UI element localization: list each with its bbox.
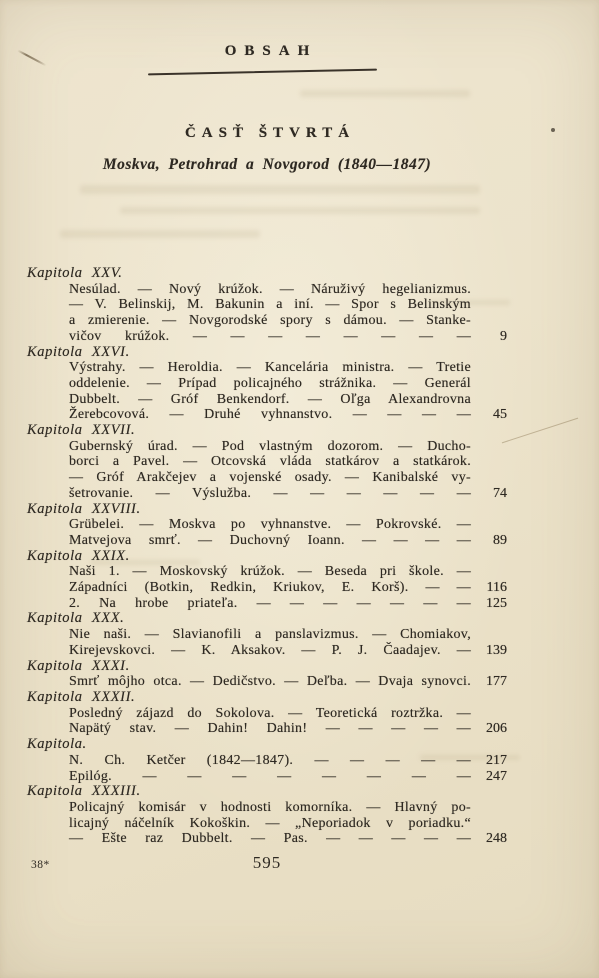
part-title: ČASŤ ŠTVRTÁ [27,125,507,142]
toc-entry-line: — Ešte raz Dubbelt. — Pas. — — — — — 248 [27,831,507,847]
toc-entry-line: Napätý stav. — Dahin! Dahin! — — — — — 2… [27,721,507,737]
toc-entry-line: Grübelei. — Moskva po vyhnanstve. — Pokr… [27,517,507,533]
toc-entry-line: borci a Pavel. — Otcovská vláda statkáro… [27,454,507,470]
toc-chapter: Kapitola XXXI. Smrť môjho otca. — Dedičs… [27,659,507,690]
entry-text: Západníci (Botkin, Redkin, Kriukov, E. K… [69,580,471,596]
bleedthrough-smudge [80,185,480,194]
chapter-title: Kapitola XXV. [27,266,507,282]
toc-entry-line: Nesúlad. — Nový krúžok. — Náruživý hegel… [27,282,507,298]
entry-page-number [477,800,507,816]
toc-entry-line: Posledný zájazd do Sokolova. — Teoretick… [27,706,507,722]
entry-page-number: 9 [477,329,507,345]
entry-text: Kirejevskovci. — K. Aksakov. — P. J. Čaa… [69,643,471,659]
chapter-title: Kapitola XXIX. [27,549,507,565]
toc-entry-line: Gubernský úrad. — Pod vlastným dozorom. … [27,439,507,455]
bleedthrough-smudge [120,207,480,214]
toc-entry-line: šetrovanie. — Výslužba. — — — — — — 74 [27,486,507,502]
entry-text: a zmierenie. — Novgorodské spory s dámou… [69,313,471,329]
toc-entry-line: oddelenie. — Prípad policajného strážnik… [27,376,507,392]
chapter-title: Kapitola XXVI. [27,345,507,361]
entry-page-number: 217 [477,753,507,769]
toc-chapter: Kapitola XXVI. Výstrahy. — Heroldia. — K… [27,345,507,424]
entry-text: Gubernský úrad. — Pod vlastným dozorom. … [69,439,471,455]
chapter-title: Kapitola XXXIII. [27,784,507,800]
entry-page-number: 74 [477,486,507,502]
entry-page-number [477,376,507,392]
toc-entry-line: Naši 1. — Moskovský krúžok. — Beseda pri… [27,564,507,580]
toc-chapter: Kapitola XXXIII. Policajný komisár v hod… [27,784,507,847]
entry-page-number: 206 [477,721,507,737]
entry-page-number [477,564,507,580]
entry-page-number: 89 [477,533,507,549]
entry-page-number [477,706,507,722]
toc-entry-line: vičov krúžok. — — — — — — — — 9 [27,329,507,345]
entry-text: Dubbelt. — Gróf Benkendorf. — Oľga Alexa… [69,392,471,408]
book-page: OBSAH ČASŤ ŠTVRTÁ Moskva, Petrohrad a No… [0,0,599,978]
entry-page-number [477,816,507,832]
toc-entry-line: a zmierenie. — Novgorodské spory s dámou… [27,313,507,329]
part-subtitle: Moskva, Petrohrad a Novgorod (1840—1847) [27,156,507,174]
entry-text: Policajný komisár v hodnosti komorníka. … [69,800,471,816]
scratch-mark [502,418,578,444]
toc-entry-line: — V. Belinskij, M. Bakunin a iní. — Spor… [27,297,507,313]
entry-page-number [477,439,507,455]
entry-page-number: 247 [477,769,507,785]
entry-text: vičov krúžok. — — — — — — — — [69,329,471,345]
chapter-title: Kapitola XXVIII. [27,502,507,518]
entry-text: 2. Na hrobe priateľa. — — — — — — — [69,596,471,612]
entry-text: Žerebcovová. — Druhé vyhnanstvo. — — — — [69,407,471,423]
toc-chapter: Kapitola XXX. Nie naši. — Slavianofili a… [27,611,507,658]
toc-entry-line: N. Ch. Ketčer (1842—1847). — — — — — 217 [27,753,507,769]
header-rule [148,69,377,76]
chapter-title: Kapitola XXX. [27,611,507,627]
entry-page-number [477,454,507,470]
chapter-title: Kapitola XXVII. [27,423,507,439]
entry-text: — Ešte raz Dubbelt. — Pas. — — — — — [69,831,471,847]
toc-entry-line: Západníci (Botkin, Redkin, Kriukov, E. K… [27,580,507,596]
toc-entry-line: licajný náčelník Kokoškin. — „Neporiadok… [27,816,507,832]
page-number: 595 [27,853,507,873]
entry-text: šetrovanie. — Výslužba. — — — — — — [69,486,471,502]
toc-entry-line: Policajný komisár v hodnosti komorníka. … [27,800,507,816]
toc-chapter: Kapitola XXVIII. Grübelei. — Moskva po v… [27,502,507,549]
toc-entry-line: Smrť môjho otca. — Dedičstvo. — Deľba. —… [27,674,507,690]
entry-page-number: 45 [477,407,507,423]
toc-entry-line: Nie naši. — Slavianofili a panslavizmus.… [27,627,507,643]
entry-page-number [477,282,507,298]
entry-text: Grübelei. — Moskva po vyhnanstve. — Pokr… [69,517,471,533]
entry-page-number: 248 [477,831,507,847]
entry-page-number: 177 [477,674,507,690]
toc-chapter: Kapitola XXIX. Naši 1. — Moskovský krúžo… [27,549,507,612]
toc-chapter: Kapitola XXV. Nesúlad. — Nový krúžok. — … [27,266,507,345]
entry-text: Nie naši. — Slavianofili a panslavizmus.… [69,627,471,643]
toc-entry-line: Matvejova smrť. — Duchovný Ioann. — — — … [27,533,507,549]
entry-page-number [477,297,507,313]
entry-text: oddelenie. — Prípad policajného strážnik… [69,376,471,392]
toc-entry-line: — Gróf Arakčejev a vojenské osady. — Kan… [27,470,507,486]
chapter-title: Kapitola XXXII. [27,690,507,706]
entry-text: Smrť môjho otca. — Dedičstvo. — Deľba. —… [69,674,471,690]
table-of-contents: Kapitola XXV. Nesúlad. — Nový krúžok. — … [27,266,507,847]
toc-entry-line: Epilóg. — — — — — — — — 247 [27,769,507,785]
entry-text: borci a Pavel. — Otcovská vláda statkáro… [69,454,471,470]
entry-page-number [477,470,507,486]
bleedthrough-smudge [60,230,260,238]
chapter-title: Kapitola XXXI. [27,659,507,675]
chapter-title: Kapitola. [27,737,507,753]
entry-text: Napätý stav. — Dahin! Dahin! — — — — — [69,721,471,737]
toc-chapter: Kapitola XXVII. Gubernský úrad. — Pod vl… [27,423,507,502]
ink-dot [551,128,555,132]
entry-page-number: 125 [477,596,507,612]
entry-page-number [477,360,507,376]
entry-text: Matvejova smrť. — Duchovný Ioann. — — — … [69,533,471,549]
entry-page-number [477,627,507,643]
entry-text: N. Ch. Ketčer (1842—1847). — — — — — [69,753,471,769]
entry-page-number: 116 [477,580,507,596]
entry-text: — V. Belinskij, M. Bakunin a iní. — Spor… [69,297,471,313]
entry-text: Epilóg. — — — — — — — — [69,769,471,785]
entry-text: Posledný zájazd do Sokolova. — Teoretick… [69,706,471,722]
toc-entry-line: 2. Na hrobe priateľa. — — — — — — — 125 [27,596,507,612]
toc-entry-line: Kirejevskovci. — K. Aksakov. — P. J. Čaa… [27,643,507,659]
entry-text: Nesúlad. — Nový krúžok. — Náruživý hegel… [69,282,471,298]
entry-page-number: 139 [477,643,507,659]
entry-page-number [477,517,507,533]
entry-text: Naši 1. — Moskovský krúžok. — Beseda pri… [69,564,471,580]
entry-page-number [477,392,507,408]
toc-entry-line: Výstrahy. — Heroldia. — Kancelária minis… [27,360,507,376]
entry-page-number [477,313,507,329]
entry-text: licajný náčelník Kokoškin. — „Neporiadok… [69,816,471,832]
entry-text: Výstrahy. — Heroldia. — Kancelária minis… [69,360,471,376]
toc-entry-line: Dubbelt. — Gróf Benkendorf. — Oľga Alexa… [27,392,507,408]
contents-header: OBSAH [27,43,507,60]
toc-entry-line: Žerebcovová. — Druhé vyhnanstvo. — — — —… [27,407,507,423]
bleedthrough-smudge [300,90,470,97]
toc-chapter: Kapitola. N. Ch. Ketčer (1842—1847). — —… [27,737,507,784]
entry-text: — Gróf Arakčejev a vojenské osady. — Kan… [69,470,471,486]
toc-chapter: Kapitola XXXII. Posledný zájazd do Sokol… [27,690,507,737]
